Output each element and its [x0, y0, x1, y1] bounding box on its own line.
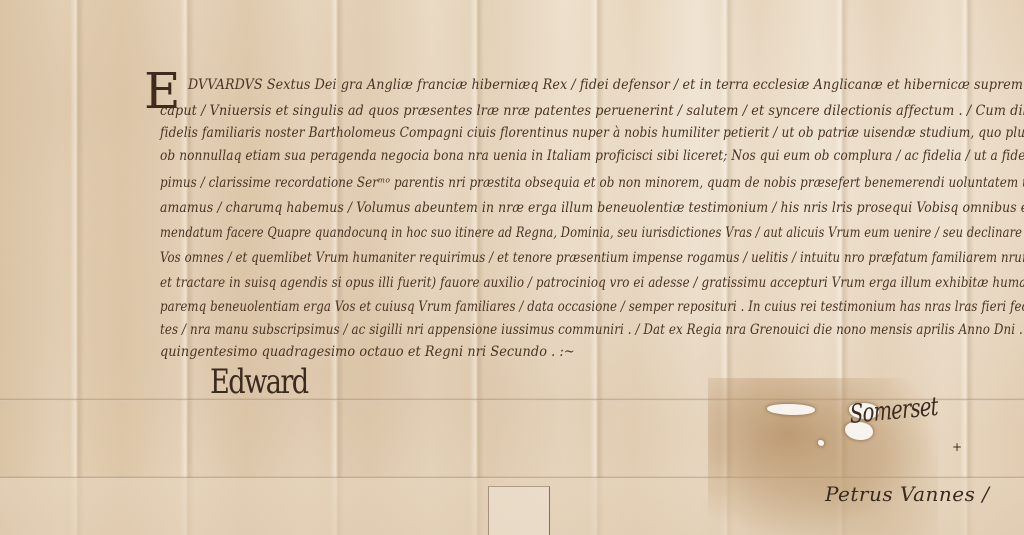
text-line: mendatum facere Quapre quandocunq in hoc…: [160, 225, 1024, 241]
text-line: fidelis familiaris noster Bartholomeus C…: [160, 125, 1024, 141]
text-line: paremq beneuolentiam erga Vos et cuiusq …: [160, 299, 1024, 315]
cross-mark: +: [952, 440, 962, 454]
signature-edward: Edward: [210, 362, 308, 402]
text-line: Vos omnes / et quemlibet Vrum humaniter …: [160, 250, 1024, 266]
text-line: et tractare in suisq agendis si opus ill…: [160, 275, 1024, 291]
signature-petrus-vannes: Petrus Vannes /: [825, 482, 989, 506]
seal-slot: [488, 486, 550, 535]
text-line: amamus / charumq habemus / Volumus abeun…: [160, 200, 1024, 216]
text-line: ob nonnullaq etiam sua peragenda negocia…: [160, 148, 1024, 164]
text-line: caput / Vniuersis et singulis ad quos pr…: [160, 103, 1024, 119]
text-line: quingentesimo quadragesimo octauo et Reg…: [160, 344, 575, 360]
text-line: DVVARDVS Sextus Dei gra Angliæ franciæ h…: [188, 77, 1024, 93]
text-line: pimus / clarissime recordatione Serᵐᵒ pa…: [160, 175, 1024, 191]
damage-hole: [818, 440, 824, 446]
text-line: tes / nra manu subscripsimus / ac sigill…: [160, 322, 1024, 338]
parchment-document: E DVVARDVS Sextus Dei gra Angliæ franciæ…: [0, 0, 1024, 535]
vertical-crease: [70, 0, 84, 535]
